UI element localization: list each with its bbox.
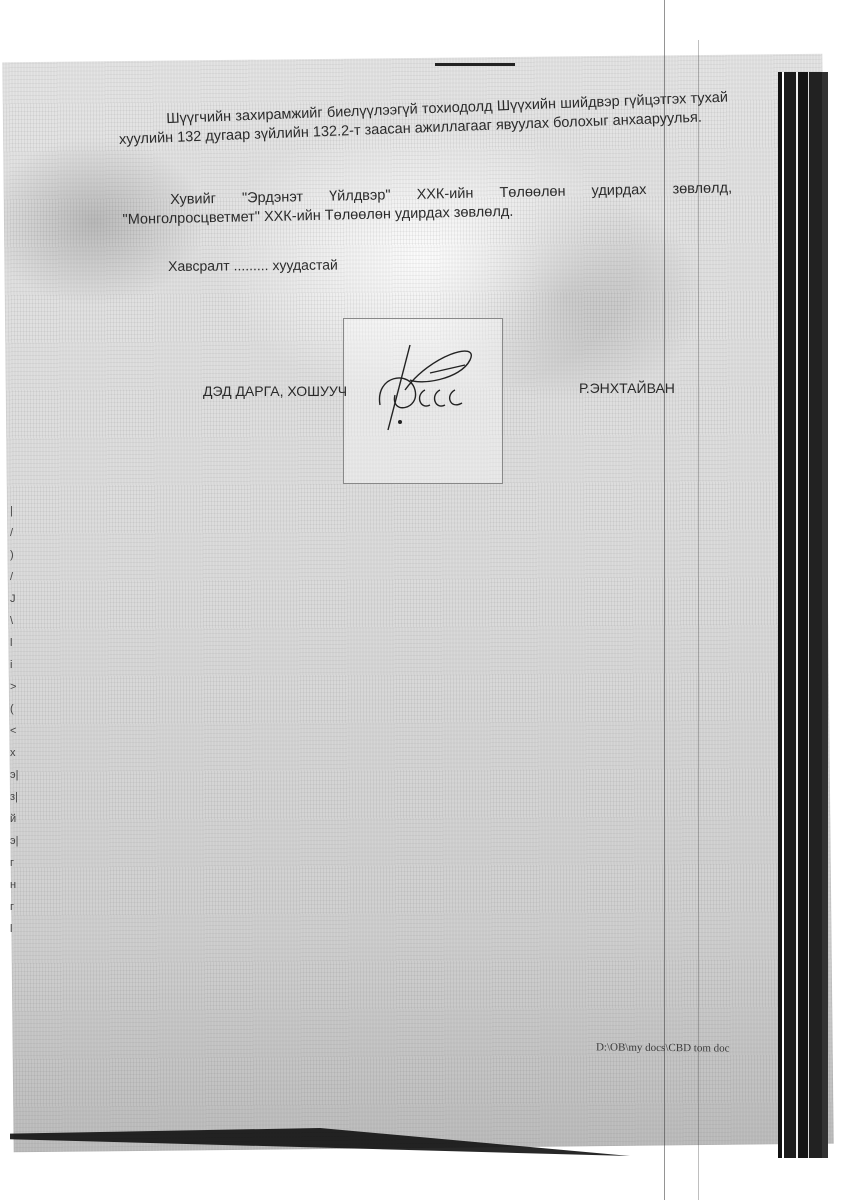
margin-glyph: < (10, 720, 24, 742)
margin-glyph: | (10, 500, 24, 522)
left-margin-artifacts: |/)/J\li>(<xэ|з|йэ|гнгl (10, 500, 24, 940)
scan-edge-shadow (778, 72, 828, 1158)
margin-glyph: г (10, 896, 24, 918)
margin-glyph: / (10, 566, 24, 588)
margin-glyph: н (10, 874, 24, 896)
signatory-name: Р.ЭНХТАЙВАН (579, 380, 675, 396)
margin-glyph: й (10, 808, 24, 830)
top-mark (435, 63, 515, 66)
margin-glyph: з| (10, 786, 24, 808)
margin-glyph: / (10, 522, 24, 544)
margin-glyph: э| (10, 830, 24, 852)
margin-glyph: ( (10, 698, 24, 720)
footer-file-path: D:\OB\my docs\CBD tom doc (596, 1041, 730, 1054)
margin-glyph: l (10, 632, 24, 654)
margin-glyph: i (10, 654, 24, 676)
margin-glyph: ) (10, 544, 24, 566)
margin-glyph: \ (10, 610, 24, 632)
margin-glyph: г (10, 852, 24, 874)
signature-icon (370, 335, 510, 435)
signatory-title: ДЭД ДАРГА, ХОШУУЧ (203, 383, 347, 399)
margin-glyph: J (10, 588, 24, 610)
margin-glyph: l (10, 918, 24, 940)
margin-glyph: x (10, 742, 24, 764)
margin-glyph: > (10, 676, 24, 698)
margin-glyph: э| (10, 764, 24, 786)
